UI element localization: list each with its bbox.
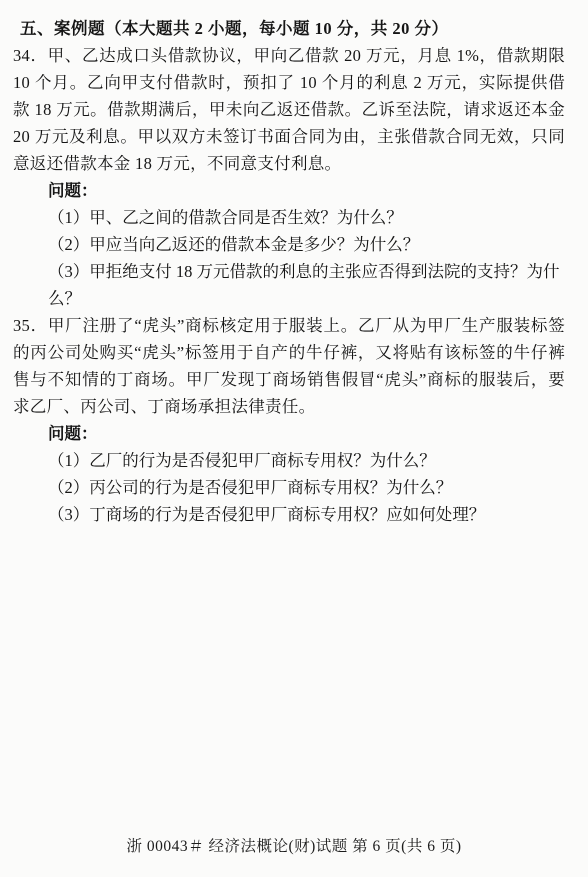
question-35-text: 甲厂注册了“虎头”商标核定用于服装上。乙厂从为甲厂生产服装标签的丙公司处购买“虎… bbox=[13, 316, 565, 416]
question-34-problems-label: 问题： bbox=[48, 177, 565, 204]
section-heading: 五、案例题（本大题共 2 小题，每小题 10 分，共 20 分） bbox=[13, 15, 565, 42]
question-34-subquestion-1: （1）甲、乙之间的借款合同是否生效？为什么？ bbox=[48, 204, 565, 231]
question-34-text: 甲、乙达成口头借款协议，甲向乙借款 20 万元，月息 1%，借款期限 10 个月… bbox=[13, 46, 565, 173]
question-35-subquestion-2: （2）丙公司的行为是否侵犯甲厂商标专用权？为什么？ bbox=[48, 474, 565, 501]
page-footer: 浙 00043＃ 经济法概论(财)试题 第 6 页(共 6 页) bbox=[0, 837, 588, 857]
question-35-body: 35．甲厂注册了“虎头”商标核定用于服装上。乙厂从为甲厂生产服装标签的丙公司处购… bbox=[13, 312, 565, 420]
question-35-number: 35． bbox=[13, 316, 48, 335]
question-35-subquestion-3: （3）丁商场的行为是否侵犯甲厂商标专用权？应如何处理？ bbox=[48, 501, 565, 528]
question-35-subquestion-1: （1）乙厂的行为是否侵犯甲厂商标专用权？为什么？ bbox=[48, 447, 565, 474]
question-34-subquestion-2: （2）甲应当向乙返还的借款本金是多少？为什么？ bbox=[48, 231, 565, 258]
question-35-problems-label: 问题： bbox=[48, 420, 565, 447]
question-34-number: 34． bbox=[13, 46, 48, 65]
question-34-subquestion-3: （3）甲拒绝支付 18 万元借款的利息的主张应否得到法院的支持？为什么？ bbox=[48, 258, 565, 312]
exam-page: 五、案例题（本大题共 2 小题，每小题 10 分，共 20 分） 34．甲、乙达… bbox=[0, 0, 588, 877]
question-34-body: 34．甲、乙达成口头借款协议，甲向乙借款 20 万元，月息 1%，借款期限 10… bbox=[13, 42, 565, 177]
